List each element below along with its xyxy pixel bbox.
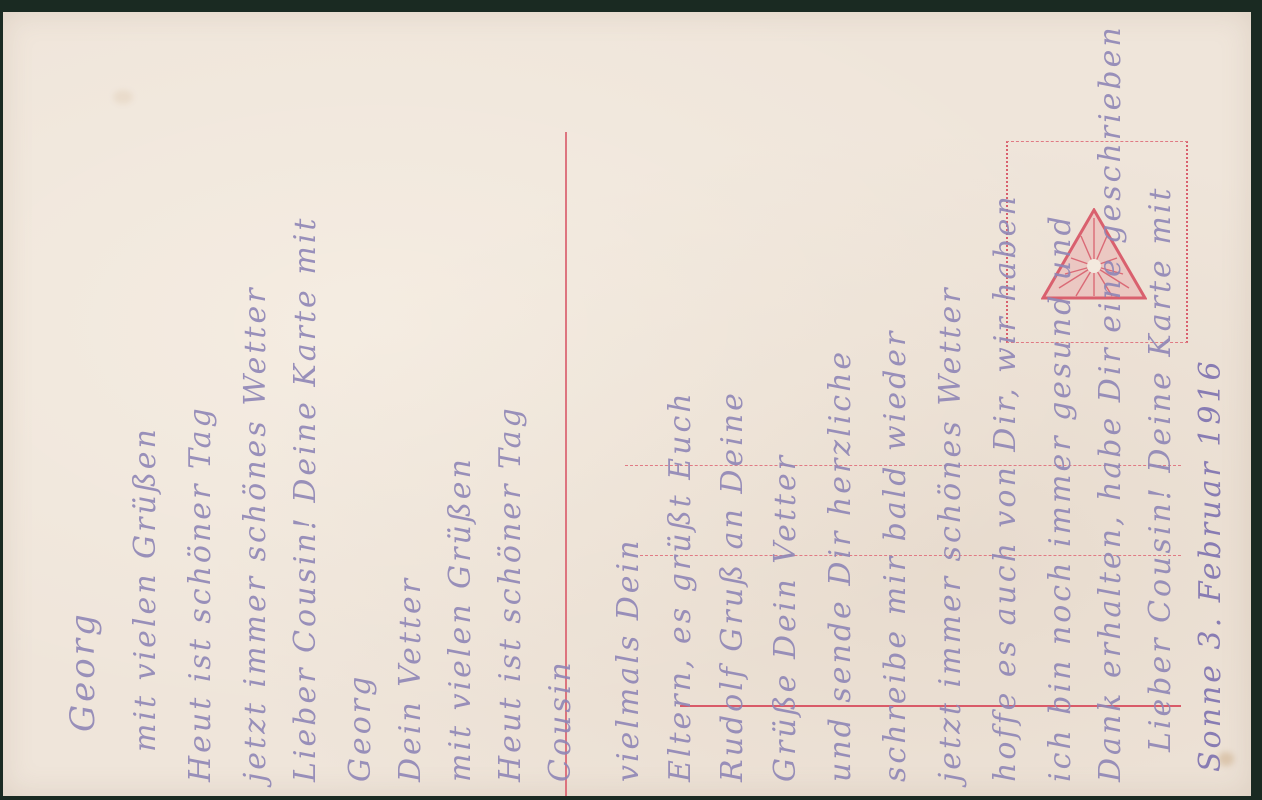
handwriting-line: Heut ist schöner Tag bbox=[493, 405, 528, 782]
handwriting-line: ich bin noch immer gesund und bbox=[1043, 213, 1078, 782]
handwriting-line: Heut ist schöner Tag bbox=[183, 405, 218, 782]
handwriting-line: hoffe es auch von Dir, wir haben bbox=[988, 193, 1023, 782]
handwriting-line: jetzt immer schönes Wetter bbox=[933, 285, 968, 782]
signature: Georg bbox=[63, 611, 103, 732]
handwriting-line: mit vielen Grüßen bbox=[443, 456, 478, 782]
handwriting-line: Georg bbox=[343, 674, 378, 782]
handwriting-line: mit vielen Grüßen bbox=[128, 426, 163, 752]
handwriting-line: Cousin bbox=[543, 659, 578, 782]
handwriting-line: schreibe mir bald wieder bbox=[878, 329, 913, 782]
handwriting-line: Eltern, es grüßt Euch bbox=[663, 390, 698, 782]
handwriting-line: vielmals Dein bbox=[611, 538, 646, 782]
date-line: Sonne 3. Februar 1916 bbox=[1193, 358, 1228, 772]
handwriting-line: Dein Vetter bbox=[393, 576, 428, 782]
handwriting-line: Lieber Cousin! Deine Karte mit bbox=[1143, 186, 1178, 752]
handwriting-line: Dank erhalten, habe Dir eine geschrieben bbox=[1093, 24, 1128, 782]
age-stain bbox=[113, 90, 133, 104]
handwriting-line: und sende Dir herzliche bbox=[823, 349, 858, 782]
handwriting-line: Grüße Dein Vetter bbox=[768, 453, 803, 782]
handwriting-line: Rudolf Gruß an Deine bbox=[715, 390, 750, 782]
postcard: Sonne 3. Februar 1916 Lieber Cousin! Dei… bbox=[3, 12, 1251, 796]
handwriting-line: Lieber Cousin! Deine Karte mit bbox=[288, 216, 323, 782]
handwriting-line: jetzt immer schönes Wetter bbox=[238, 285, 273, 782]
